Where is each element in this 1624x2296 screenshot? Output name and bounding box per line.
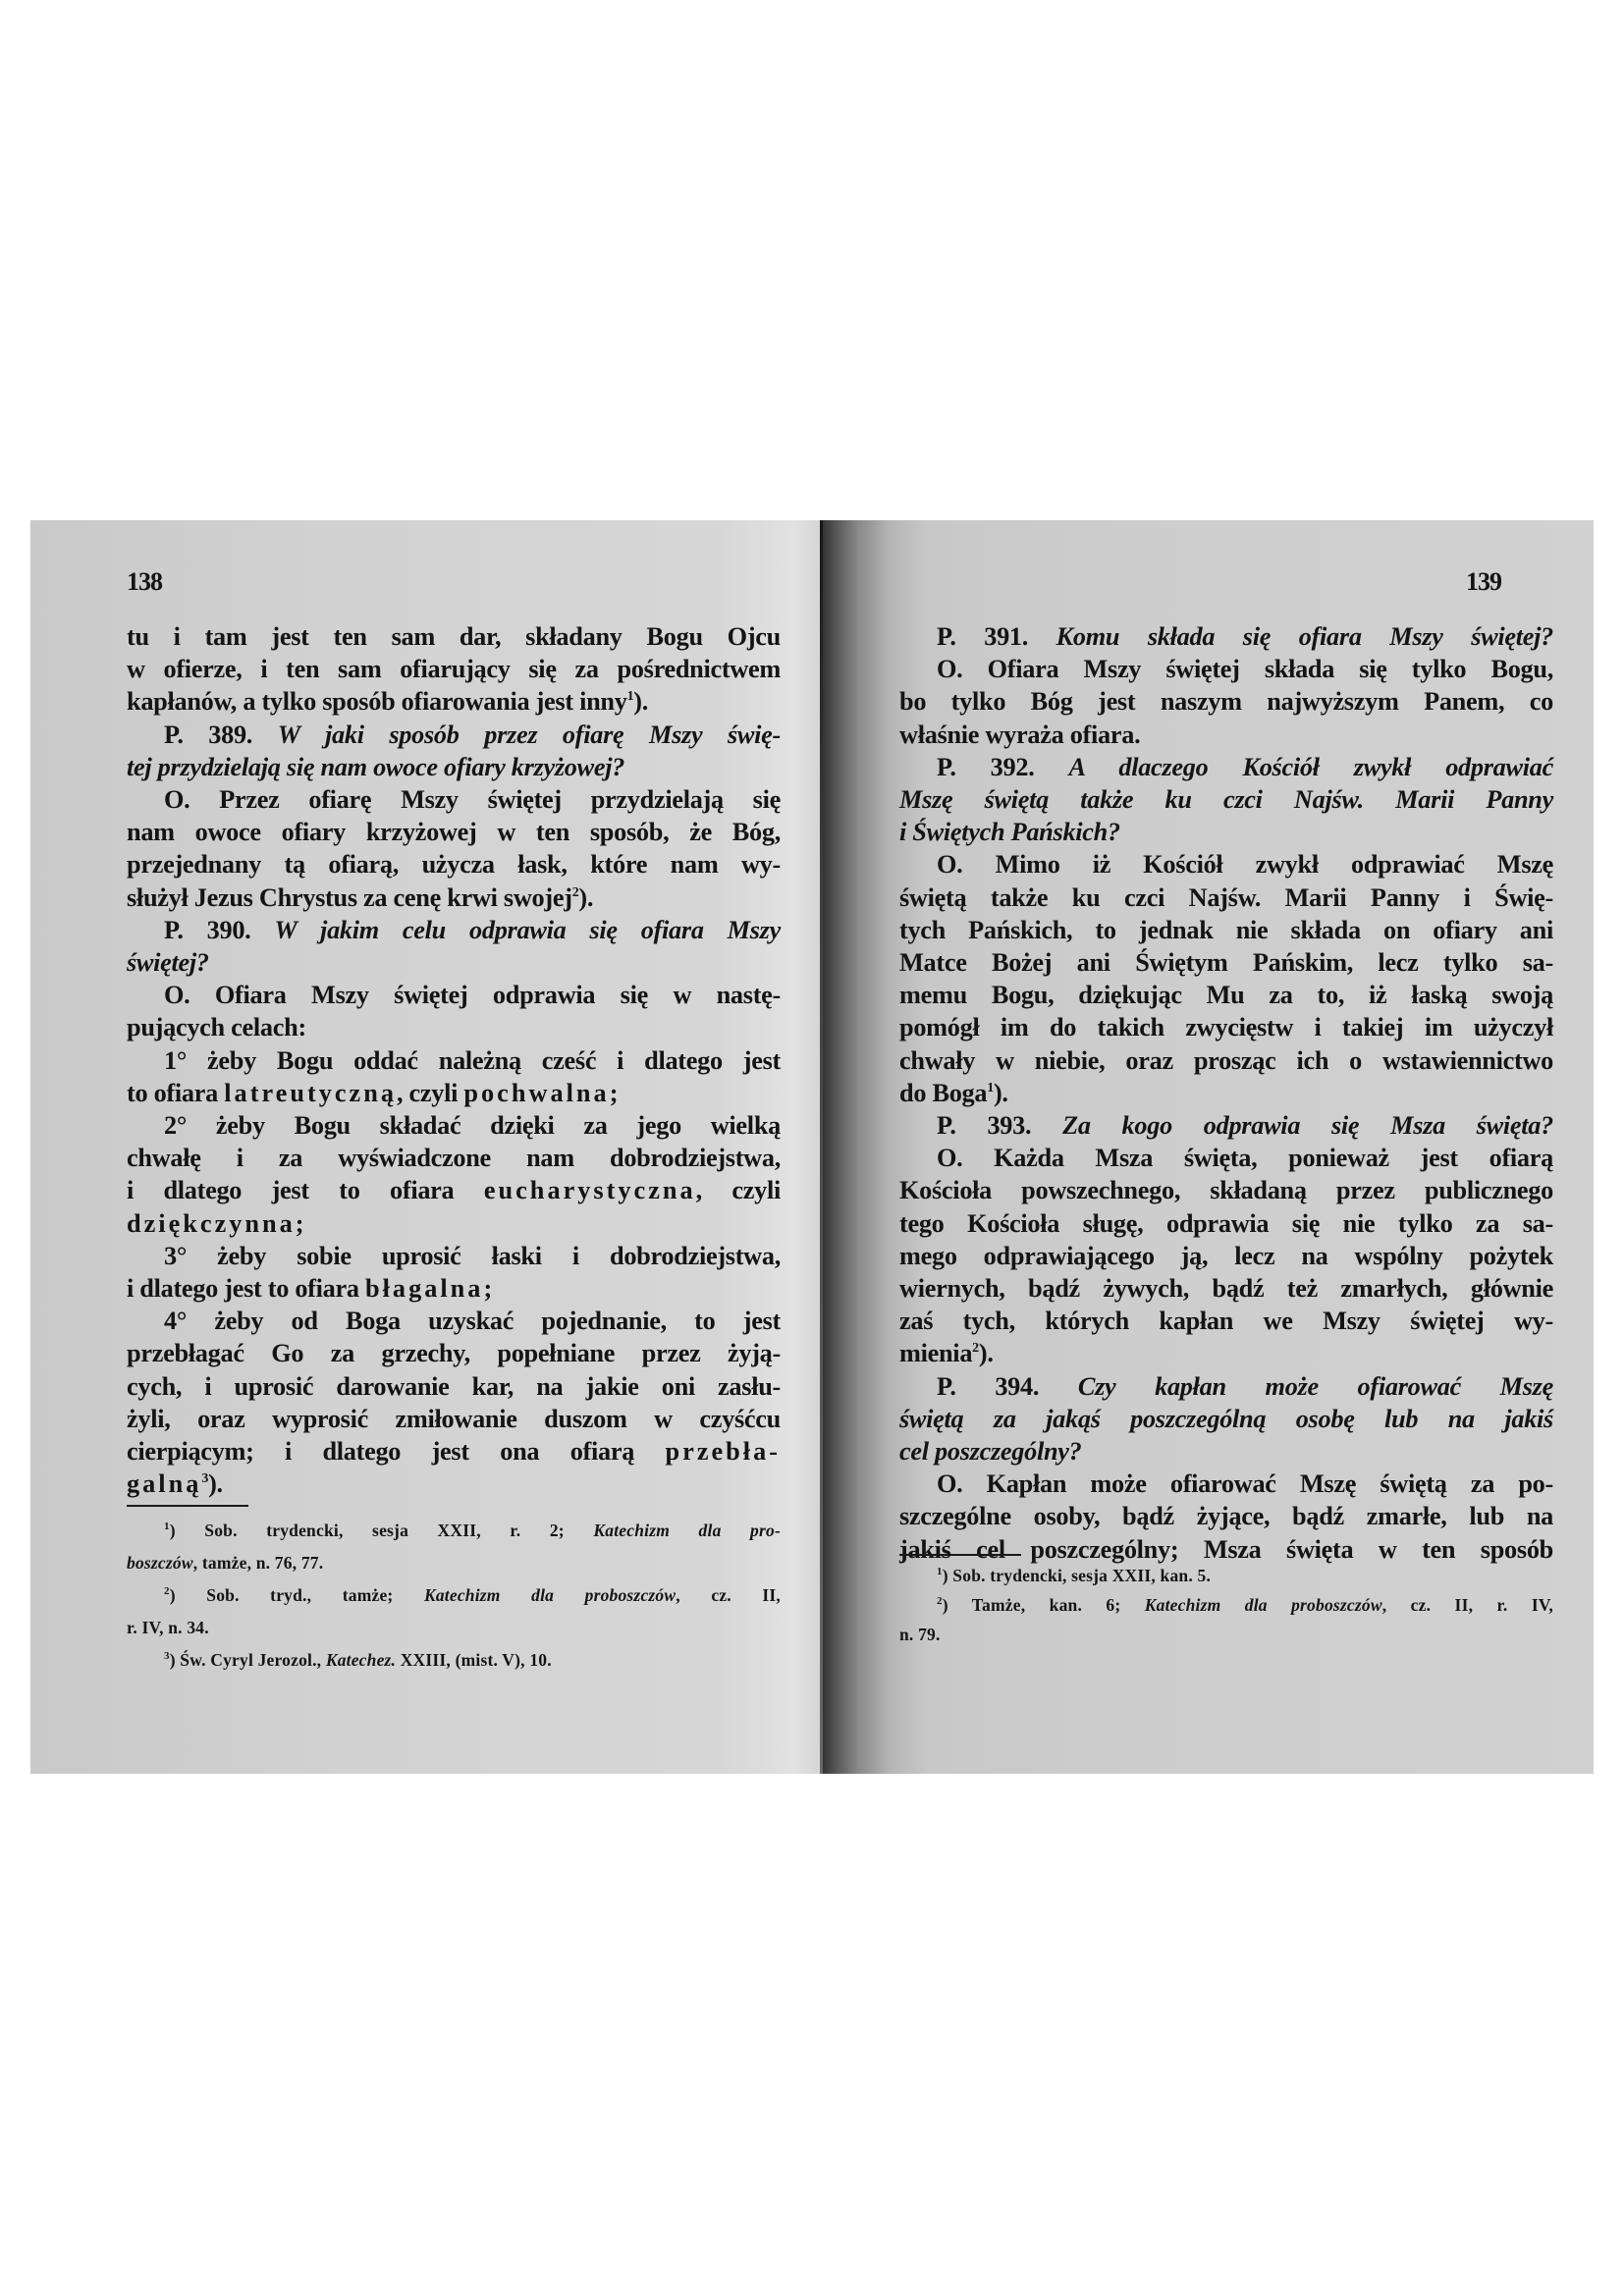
text-line: służył Jezus Chrystus za cenę krwi swoje… xyxy=(127,881,781,914)
italic-text: Katechizm dla proboszczów xyxy=(424,1585,676,1605)
text-line: Matce Bożej ani Świętym Pańskim, lecz ty… xyxy=(899,946,1553,979)
text-line: cierpiącym; i dlatego jest ona ofiarą pr… xyxy=(127,1435,781,1468)
text-line: galną3). xyxy=(127,1468,781,1500)
text-run: tu i tam jest ten sam dar, składany Bogu… xyxy=(127,622,781,651)
italic-text: świętą za jakąś poszczególną osobę lub n… xyxy=(899,1405,1553,1433)
text-line: dziękczynna; xyxy=(127,1207,781,1240)
text-run: P. 390. xyxy=(164,916,274,944)
text-line: do Boga1). xyxy=(899,1077,1553,1109)
italic-text: W jakim celu odprawia się ofiara Mszy xyxy=(274,916,781,944)
italic-text: boszczów xyxy=(127,1553,193,1573)
text-run: r. IV, n. 34. xyxy=(127,1618,209,1637)
italic-text: Katechizm dla pro- xyxy=(593,1521,781,1540)
text-run: mego odprawiającego ją, lecz na wspólny … xyxy=(899,1242,1553,1270)
text-run: w ofierze, i ten sam ofiarujący się za p… xyxy=(127,655,781,683)
text-line: szczególne osoby, bądź żyjące, bądź zmar… xyxy=(899,1500,1553,1532)
text-run: O. Przez ofiarę Mszy świętej przydzielaj… xyxy=(164,785,781,814)
text-run: P. 394. xyxy=(937,1372,1078,1401)
text-line: i dlatego jest to ofiara eucharystyczna,… xyxy=(127,1174,781,1206)
text-run: P. 389. xyxy=(164,721,278,749)
text-line: boszczów, tamże, n. 76, 77. xyxy=(127,1547,781,1579)
emphasized-term: pochwalna xyxy=(463,1079,609,1107)
text-run: i dlatego jest to ofiara xyxy=(127,1176,484,1204)
text-line: przebłagać Go za grzechy, popełniane prz… xyxy=(127,1337,781,1369)
text-run: ) Sob. trydencki, sesja XXII, r. 2; xyxy=(170,1521,594,1540)
text-line: cel poszczególny? xyxy=(899,1435,1553,1468)
text-run: O. Ofiara Mszy świętej składa się tylko … xyxy=(937,655,1553,683)
italic-text: Za kogo odprawia się Msza święta? xyxy=(1062,1111,1553,1140)
text-line: tych Pańskich, to jednak nie składa on o… xyxy=(899,914,1553,946)
text-line: kapłanów, a tylko sposób ofiarowania jes… xyxy=(127,685,781,718)
text-run: nam owoce ofiary krzyżowej w ten sposób,… xyxy=(127,818,781,846)
text-run: przejednany tą ofiarą, użycza łask, któr… xyxy=(127,850,781,879)
emphasized-term: przebła- xyxy=(666,1437,781,1466)
page-number-right: 139 xyxy=(1466,567,1501,597)
italic-text: i Świętych Pańskich? xyxy=(899,818,1120,846)
text-run: jakiś cel poszczególny; Msza święta w te… xyxy=(899,1535,1553,1564)
text-run: O. Każda Msza święta, ponieważ jest ofia… xyxy=(937,1144,1553,1172)
right-page-footnotes: 1) Sob. trydencki, sesja XXII, kan. 5.2)… xyxy=(899,1561,1553,1649)
text-run: przebłagać Go za grzechy, popełniane prz… xyxy=(127,1339,781,1367)
italic-text: Katechez. xyxy=(326,1650,396,1670)
left-page-footnotes: 1) Sob. trydencki, sesja XXII, r. 2; Kat… xyxy=(127,1515,781,1677)
text-line: Mszę świętą także ku czci Najśw. Marii P… xyxy=(899,783,1553,816)
text-line: P. 390. W jakim celu odprawia się ofiara… xyxy=(127,914,781,946)
text-line: w ofierze, i ten sam ofiarujący się za p… xyxy=(127,653,781,685)
emphasized-term: galną xyxy=(127,1469,201,1498)
text-line: chwałę i za wyświadczone nam dobrodziejs… xyxy=(127,1142,781,1174)
text-line: tego Kościoła sługę, odprawia się nie ty… xyxy=(899,1207,1553,1240)
text-line: mienia2). xyxy=(899,1337,1553,1369)
text-run: wiernych, bądź żywych, bądź też zmarłych… xyxy=(899,1274,1553,1303)
text-run: pujących celach: xyxy=(127,1013,306,1041)
text-run: chwałę i za wyświadczone nam dobrodziejs… xyxy=(127,1144,781,1172)
text-run: O. Kapłan może ofiarować Mszę świętą za … xyxy=(937,1469,1553,1498)
text-line: n. 79. xyxy=(899,1620,1553,1649)
text-line: 2) Tamże, kan. 6; Katechizm dla proboszc… xyxy=(899,1590,1553,1620)
text-run: i dlatego jest to ofiara xyxy=(127,1274,365,1303)
text-run: O. Ofiara Mszy świętej odprawia się w na… xyxy=(164,981,781,1009)
text-line: i Świętych Pańskich? xyxy=(899,816,1553,848)
text-run: Kościoła powszechnego, składaną przez pu… xyxy=(899,1176,1553,1204)
text-line: O. Każda Msza święta, ponieważ jest ofia… xyxy=(899,1142,1553,1174)
text-run: zaś tych, których kapłan we Mszy świętej… xyxy=(899,1307,1553,1335)
emphasized-term: eucharystyczna xyxy=(484,1176,696,1204)
text-run: żyli, oraz wyprosić zmiłowanie duszom w … xyxy=(127,1405,781,1433)
italic-text: W jaki sposób przez ofiarę Mszy świę- xyxy=(278,721,781,749)
text-line: chwały w niebie, oraz prosząc ich o wsta… xyxy=(899,1044,1553,1077)
text-run: ). xyxy=(578,883,593,912)
text-line: O. Przez ofiarę Mszy świętej przydzielaj… xyxy=(127,783,781,816)
text-line: i dlatego jest to ofiara błagalna; xyxy=(127,1272,781,1305)
left-page: 138 tu i tam jest ten sam dar, składany … xyxy=(30,520,836,1774)
text-run: memu Bogu, dziękując Mu za to, iż łaską … xyxy=(899,981,1553,1009)
text-line: O. Ofiara Mszy świętej składa się tylko … xyxy=(899,653,1553,685)
italic-text: Komu składa się ofiara Mszy świętej? xyxy=(1056,622,1553,651)
text-run: ). xyxy=(633,687,648,716)
italic-text: Czy kapłan może ofiarować Mszę xyxy=(1078,1372,1553,1401)
text-line: tej przydzielają się nam owoce ofiary kr… xyxy=(127,751,781,783)
text-run: bo tylko Bóg jest naszym najwyższym Pane… xyxy=(899,687,1553,716)
text-run: , cz. II, xyxy=(676,1585,781,1605)
text-run: mienia xyxy=(899,1339,972,1367)
text-line: nam owoce ofiary krzyżowej w ten sposób,… xyxy=(127,816,781,848)
page-number-left: 138 xyxy=(127,567,162,597)
text-line: żyli, oraz wyprosić zmiłowanie duszom w … xyxy=(127,1403,781,1435)
text-run: 4° żeby od Boga uzyskać pojednanie, to j… xyxy=(164,1307,781,1335)
text-run: ) Sob. trydencki, sesja XXII, kan. 5. xyxy=(943,1566,1211,1585)
text-run: kapłanów, a tylko sposób ofiarowania jes… xyxy=(127,687,627,716)
text-line: świętą także ku czci Najśw. Marii Panny … xyxy=(899,881,1553,914)
text-line: zaś tych, których kapłan we Mszy świętej… xyxy=(899,1305,1553,1337)
text-line: Kościoła powszechnego, składaną przez pu… xyxy=(899,1174,1553,1206)
text-line: 2° żeby Bogu składać dzięki za jego wiel… xyxy=(127,1109,781,1142)
text-run: 3° żeby sobie uprosić łaski i dobrodziej… xyxy=(164,1242,781,1270)
text-line: P. 389. W jaki sposób przez ofiarę Mszy … xyxy=(127,719,781,751)
text-run: P. 392. xyxy=(937,753,1069,781)
text-run: ) Św. Cyryl Jerozol., xyxy=(170,1650,326,1670)
text-line: świętej? xyxy=(127,946,781,979)
text-line: P. 391. Komu składa się ofiara Mszy świę… xyxy=(899,620,1553,653)
text-run: 2° żeby Bogu składać dzięki za jego wiel… xyxy=(164,1111,781,1140)
text-line: pomógł im do takich zwycięstw i takiej i… xyxy=(899,1011,1553,1043)
text-run: O. Mimo iż Kościół zwykł odprawiać Mszę xyxy=(937,850,1553,879)
text-run: tego Kościoła sługę, odprawia się nie ty… xyxy=(899,1209,1553,1238)
text-run: Matce Bożej ani Świętym Pańskim, lecz ty… xyxy=(899,948,1553,977)
text-run: n. 79. xyxy=(899,1625,941,1644)
text-line: O. Ofiara Mszy świętej odprawia się w na… xyxy=(127,979,781,1011)
text-line: mego odprawiającego ją, lecz na wspólny … xyxy=(899,1240,1553,1272)
text-line: O. Kapłan może ofiarować Mszę świętą za … xyxy=(899,1468,1553,1500)
italic-text: Katechizm dla proboszczów xyxy=(1145,1595,1382,1615)
text-run: tych Pańskich, to jednak nie składa on o… xyxy=(899,916,1553,944)
text-line: cych, i uprosić darowanie kar, na jakie … xyxy=(127,1370,781,1403)
right-page-body: P. 391. Komu składa się ofiara Mszy świę… xyxy=(899,620,1553,1566)
italic-text: świętej? xyxy=(127,948,209,977)
text-run: P. 391. xyxy=(937,622,1056,651)
text-run: ). xyxy=(208,1469,223,1498)
text-run: 1° żeby Bogu oddać należną cześć i dlate… xyxy=(164,1046,781,1075)
left-page-body: tu i tam jest ten sam dar, składany Bogu… xyxy=(127,620,781,1500)
italic-text: cel poszczególny? xyxy=(899,1437,1082,1466)
text-line: memu Bogu, dziękując Mu za to, iż łaską … xyxy=(899,979,1553,1011)
italic-text: tej przydzielają się nam owoce ofiary kr… xyxy=(127,753,624,781)
text-run: to ofiara xyxy=(127,1079,224,1107)
text-run: P. 393. xyxy=(937,1111,1062,1140)
italic-text: Mszę świętą także ku czci Najśw. Marii P… xyxy=(899,785,1553,814)
emphasized-term: błagalna xyxy=(365,1274,483,1303)
text-run: właśnie wyraża ofiara. xyxy=(899,721,1140,749)
text-line: P. 393. Za kogo odprawia się Msza święta… xyxy=(899,1109,1553,1142)
text-line: świętą za jakąś poszczególną osobę lub n… xyxy=(899,1403,1553,1435)
text-run: świętą także ku czci Najśw. Marii Panny … xyxy=(899,883,1553,912)
text-line: 1) Sob. trydencki, sesja XXII, r. 2; Kat… xyxy=(127,1515,781,1547)
text-line: właśnie wyraża ofiara. xyxy=(899,719,1553,751)
text-line: 4° żeby od Boga uzyskać pojednanie, to j… xyxy=(127,1305,781,1337)
footnote-marker: 2 xyxy=(972,1341,979,1356)
text-run: chwały w niebie, oraz prosząc ich o wsta… xyxy=(899,1046,1553,1075)
text-run: cych, i uprosić darowanie kar, na jakie … xyxy=(127,1372,781,1401)
text-line: 1° żeby Bogu oddać należną cześć i dlate… xyxy=(127,1044,781,1077)
text-run: , czyli xyxy=(397,1079,463,1107)
text-line: to ofiara latreutyczną, czyli pochwalna; xyxy=(127,1077,781,1109)
text-run: ). xyxy=(979,1339,994,1367)
text-run: do Boga xyxy=(899,1079,987,1107)
text-run: cierpiącym; i dlatego jest ona ofiarą xyxy=(127,1437,666,1466)
text-run: XXIII, (mist. V), 10. xyxy=(396,1650,552,1670)
text-run: ; xyxy=(483,1274,491,1303)
text-line: wiernych, bądź żywych, bądź też zmarłych… xyxy=(899,1272,1553,1305)
text-line: przejednany tą ofiarą, użycza łask, któr… xyxy=(127,848,781,881)
text-line: 1) Sob. trydencki, sesja XXII, kan. 5. xyxy=(899,1561,1553,1590)
text-line: bo tylko Bóg jest naszym najwyższym Pane… xyxy=(899,685,1553,718)
text-run: służył Jezus Chrystus za cenę krwi swoje… xyxy=(127,883,572,912)
text-run: , czyli xyxy=(696,1176,781,1204)
text-line: 3) Św. Cyryl Jerozol., Katechez. XXIII, … xyxy=(127,1644,781,1677)
book-spine-shadow xyxy=(820,520,823,1774)
text-line: pujących celach: xyxy=(127,1011,781,1043)
text-run: , tamże, n. 76, 77. xyxy=(193,1553,324,1573)
text-run: , cz. II, r. IV, xyxy=(1382,1595,1553,1615)
text-line: r. IV, n. 34. xyxy=(127,1612,781,1644)
text-run: ; xyxy=(610,1079,618,1107)
text-run: szczególne osoby, bądź żyjące, bądź zmar… xyxy=(899,1502,1553,1530)
emphasized-term: latreutyczną xyxy=(224,1079,397,1107)
text-line: P. 392. A dlaczego Kościół zwykł odprawi… xyxy=(899,751,1553,783)
text-run: ) Sob. tryd., tamże; xyxy=(170,1585,424,1605)
text-run: ) Tamże, kan. 6; xyxy=(943,1595,1145,1615)
text-line: O. Mimo iż Kościół zwykł odprawiać Mszę xyxy=(899,848,1553,881)
text-line: 2) Sob. tryd., tamże; Katechizm dla prob… xyxy=(127,1579,781,1612)
text-run: ; xyxy=(296,1209,303,1238)
italic-text: A dlaczego Kościół zwykł odprawiać xyxy=(1069,753,1553,781)
footnote-separator xyxy=(899,1554,1021,1556)
text-run: pomógł im do takich zwycięstw i takiej i… xyxy=(899,1013,1553,1041)
text-line: P. 394. Czy kapłan może ofiarować Mszę xyxy=(899,1370,1553,1403)
book-spread-scan: 138 tu i tam jest ten sam dar, składany … xyxy=(30,520,1594,1774)
text-run: ). xyxy=(994,1079,1008,1107)
text-line: tu i tam jest ten sam dar, składany Bogu… xyxy=(127,620,781,653)
footnote-separator xyxy=(127,1505,248,1507)
footnote-marker: 1 xyxy=(987,1081,994,1095)
text-line: 3° żeby sobie uprosić łaski i dobrodziej… xyxy=(127,1240,781,1272)
emphasized-term: dziękczynna xyxy=(127,1209,296,1238)
